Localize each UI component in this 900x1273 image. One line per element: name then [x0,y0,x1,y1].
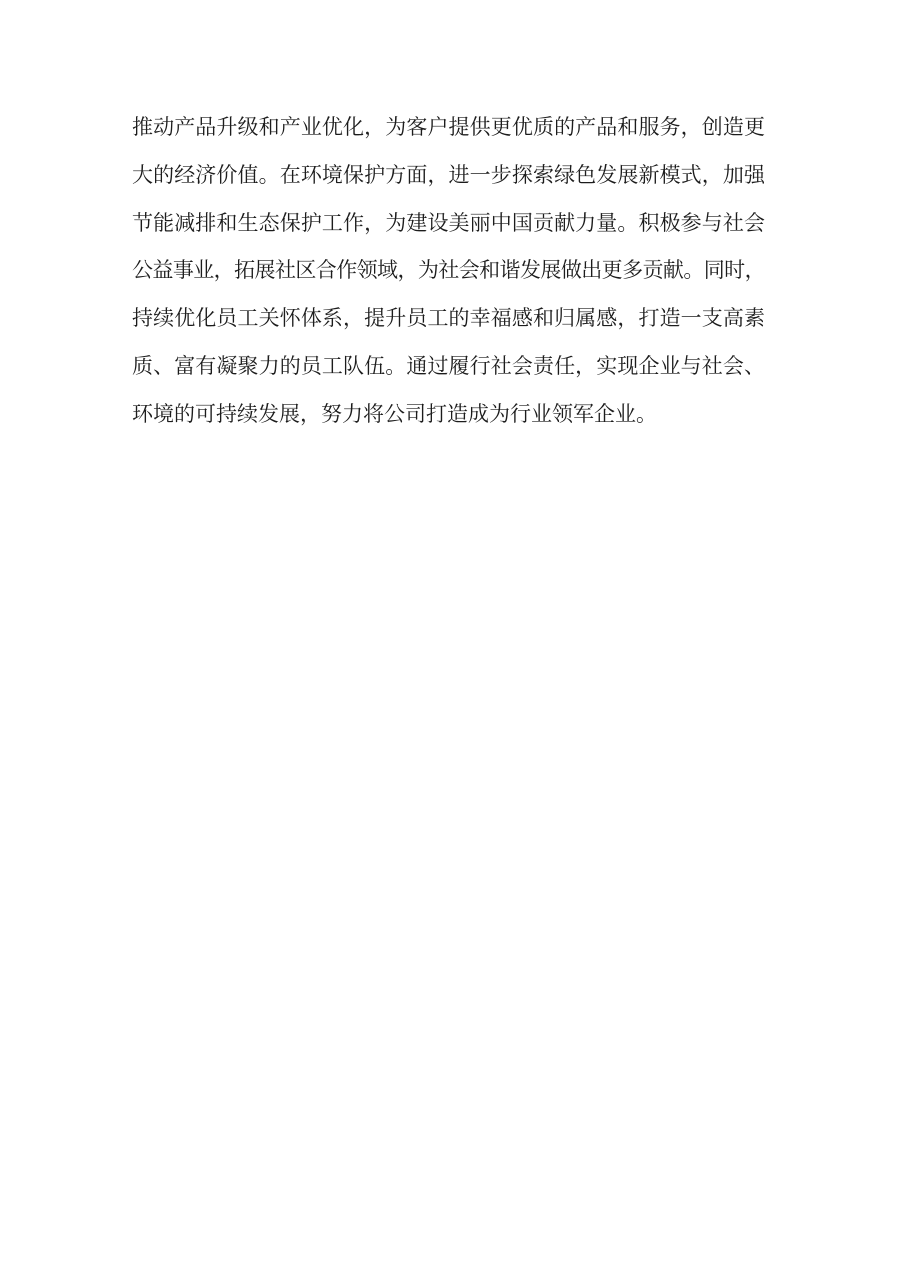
body-paragraph: 推动产品升级和产业优化，为客户提供更优质的产品和服务，创造更 大的经济价值。在环… [132,104,765,439]
paragraph-line: 推动产品升级和产业优化，为客户提供更优质的产品和服务，创造更 [132,104,765,152]
paragraph-line: 环境的可持续发展，努力将公司打造成为行业领军企业。 [132,391,765,439]
paragraph-line: 质、富有凝聚力的员工队伍。通过履行社会责任，实现企业与社会、 [132,343,765,391]
document-page: 推动产品升级和产业优化，为客户提供更优质的产品和服务，创造更 大的经济价值。在环… [0,0,900,1273]
paragraph-line: 大的经济价值。在环境保护方面，进一步探索绿色发展新模式，加强 [132,152,765,200]
paragraph-line: 节能减排和生态保护工作，为建设美丽中国贡献力量。积极参与社会 [132,200,765,248]
paragraph-line: 公益事业，拓展社区合作领域，为社会和谐发展做出更多贡献。同时， [132,247,765,295]
paragraph-line: 持续优化员工关怀体系，提升员工的幸福感和归属感，打造一支高素 [132,295,765,343]
